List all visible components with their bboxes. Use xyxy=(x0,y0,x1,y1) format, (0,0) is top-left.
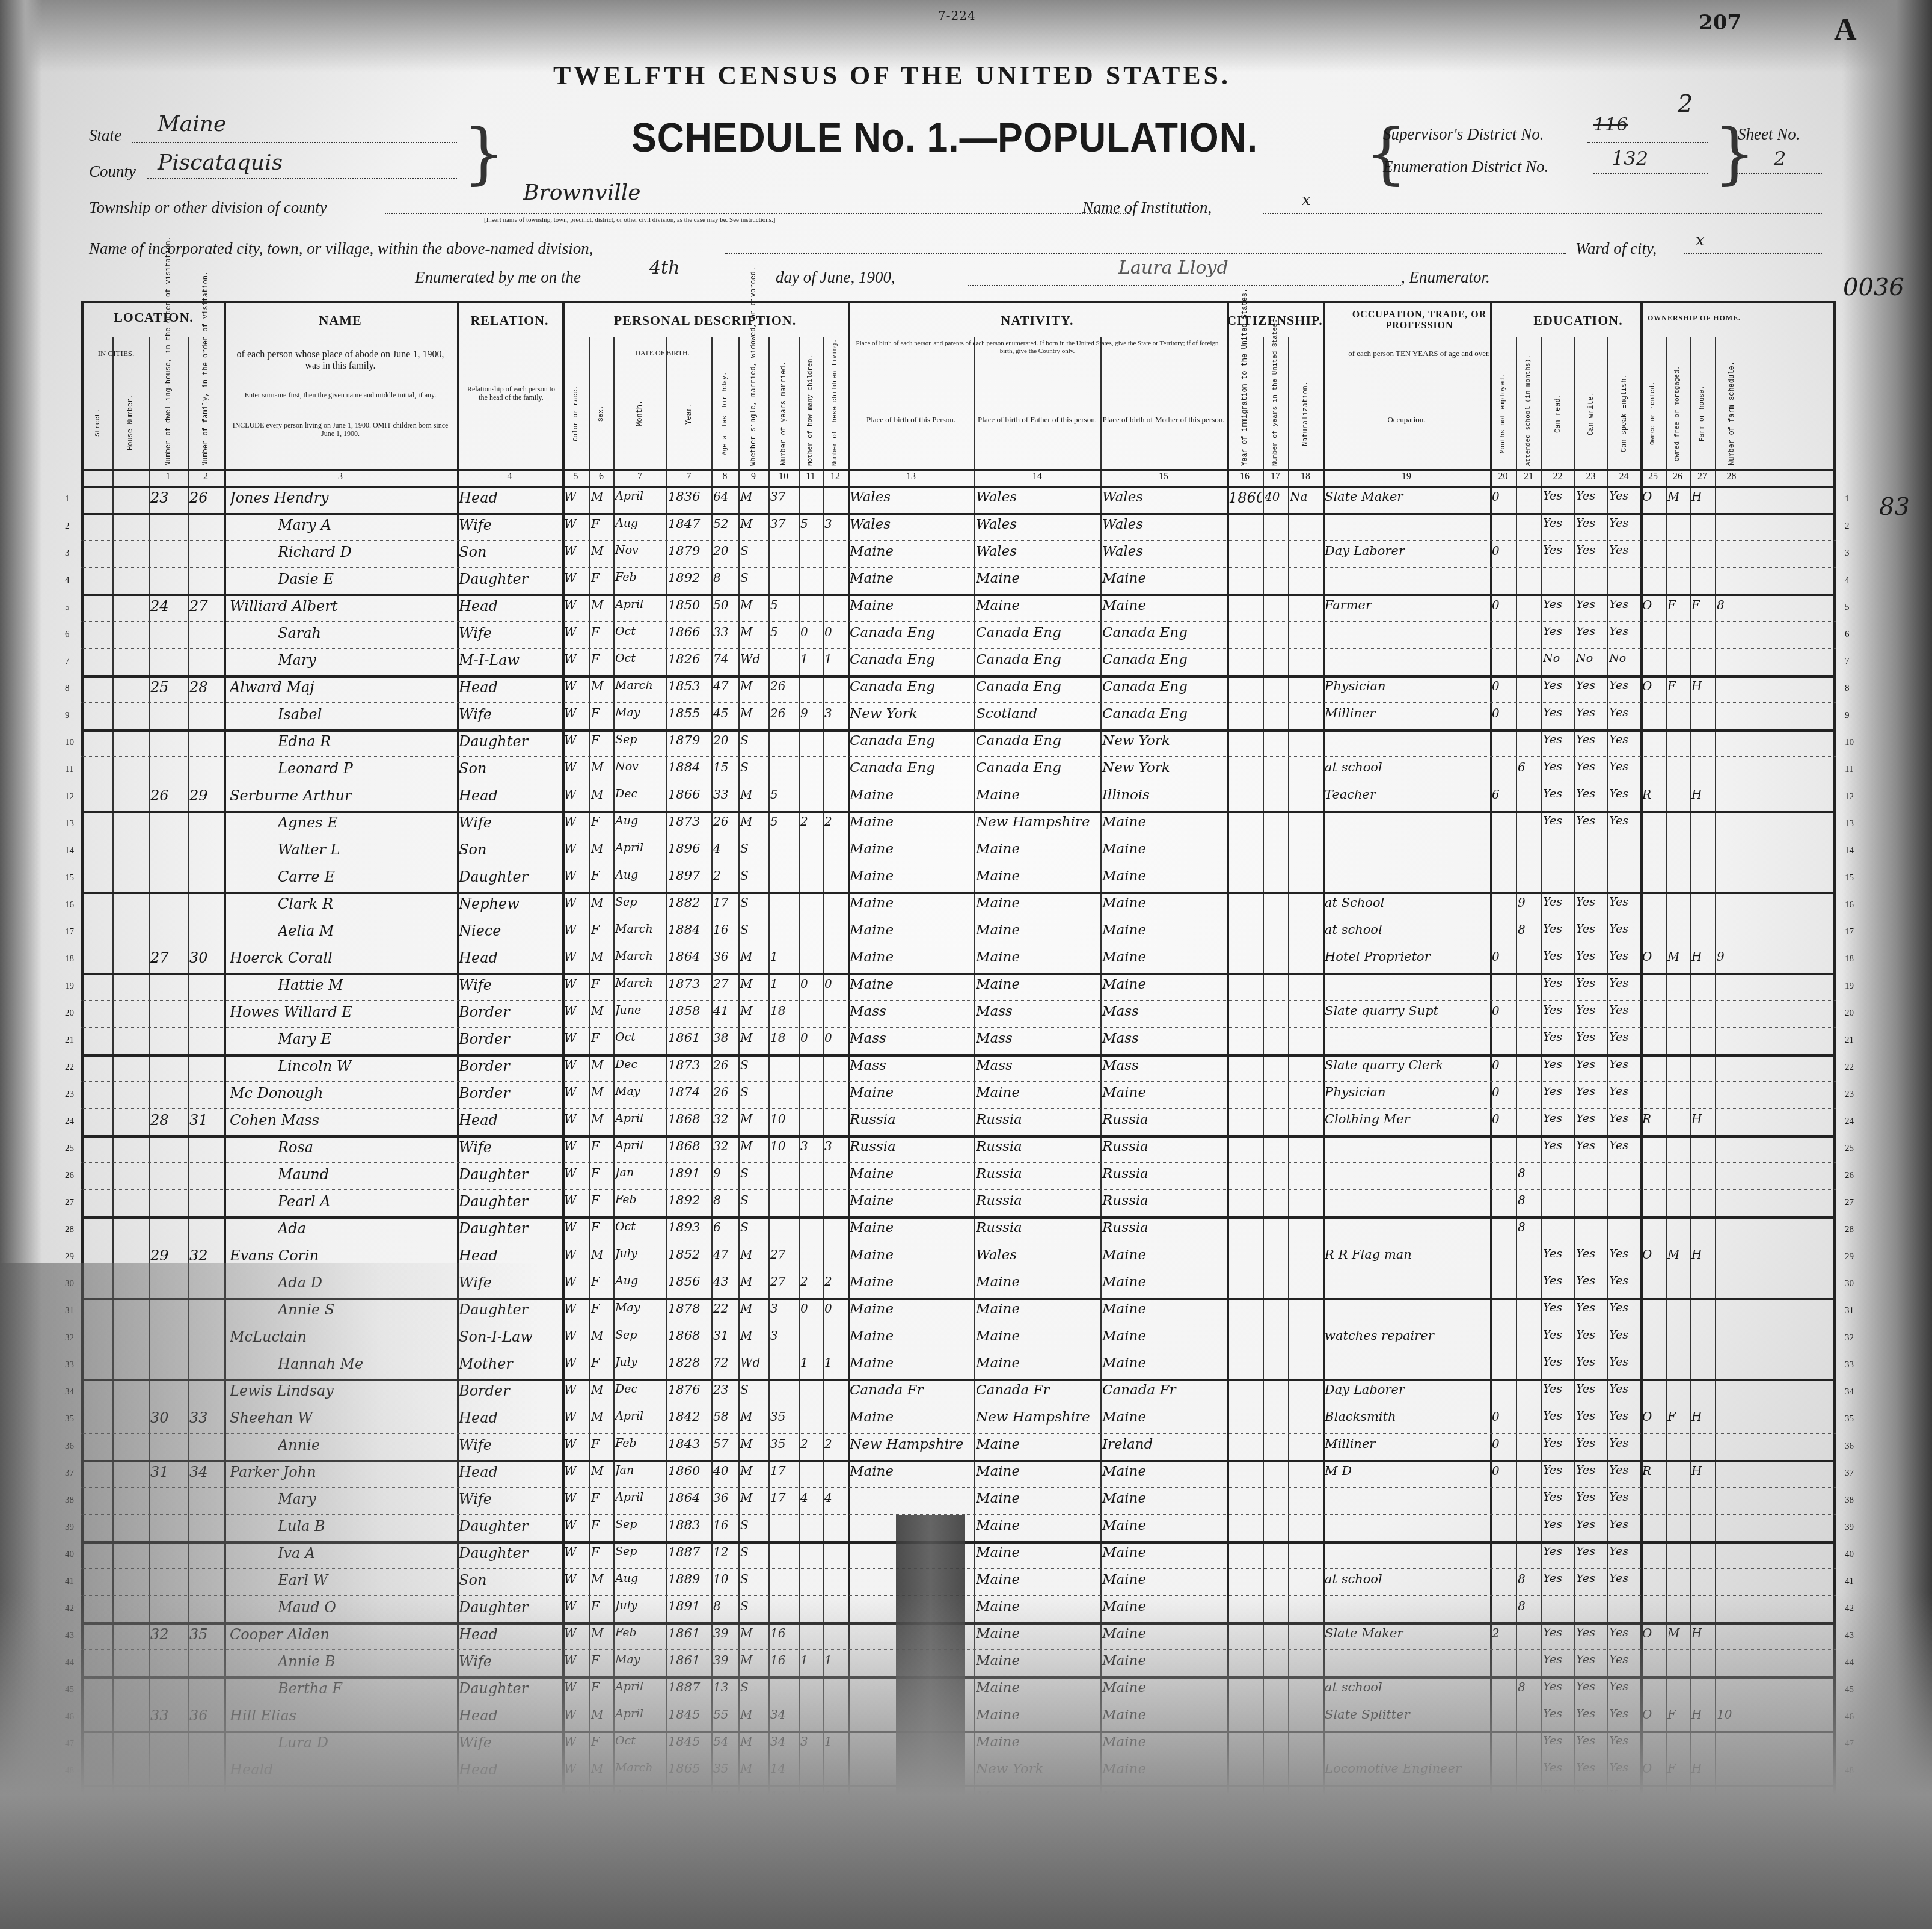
cell-read: Yes xyxy=(1543,1518,1573,1531)
row-divider xyxy=(81,811,1836,813)
row-divider xyxy=(81,919,1836,919)
cell-year: 1883 xyxy=(668,1518,710,1532)
cell-age: 6 xyxy=(713,1220,737,1234)
cell-mb: Canada Eng xyxy=(1102,706,1225,722)
cell-month: April xyxy=(615,841,665,854)
cell-fh: H xyxy=(1691,1247,1714,1262)
cell-year: 1878 xyxy=(668,1301,710,1316)
cell-occ: Physician xyxy=(1325,679,1489,693)
cell-read: Yes xyxy=(1543,1301,1573,1314)
cell-ms: M xyxy=(740,1328,767,1343)
cell-age: 26 xyxy=(713,814,737,829)
cell-year: 1828 xyxy=(668,1355,710,1370)
name-description: of each person whose place of abode on J… xyxy=(230,349,451,372)
line-number-right: 33 xyxy=(1845,1360,1854,1370)
cell-read: Yes xyxy=(1543,1004,1573,1017)
cell-mort: F xyxy=(1667,1409,1688,1424)
cell-sex: F xyxy=(591,1031,612,1045)
cell-pb: Maine xyxy=(850,868,973,884)
cell-ms: Wd xyxy=(740,652,767,666)
line-number-right: 14 xyxy=(1845,846,1854,856)
cell-mne: 0 xyxy=(1492,1004,1515,1018)
cell-ms: M xyxy=(740,1464,767,1478)
cell-read: Yes xyxy=(1543,544,1573,557)
cell-mc: 2 xyxy=(800,814,821,829)
cell-pb: Maine xyxy=(850,1355,973,1371)
cell-fb: Maine xyxy=(976,841,1099,857)
cell-pb: Maine xyxy=(850,1085,973,1100)
row-divider xyxy=(81,1162,1836,1163)
cell-fb: Maine xyxy=(976,1518,1099,1533)
cell-sex: M xyxy=(591,489,612,504)
column-label: Can write. xyxy=(1587,361,1595,466)
cell-mb: Wales xyxy=(1102,544,1225,559)
cell-pb: Maine xyxy=(850,1220,973,1236)
cell-ym: 37 xyxy=(770,489,797,504)
cell-write: Yes xyxy=(1576,517,1606,530)
cell-ym: 3 xyxy=(770,1301,797,1316)
cell-color: W xyxy=(564,1274,588,1289)
cell-mb: New York xyxy=(1102,760,1225,776)
cell-year: 1842 xyxy=(668,1409,710,1424)
row-divider xyxy=(81,1216,1836,1219)
in-cities-label: IN CITIES. xyxy=(84,349,149,358)
cell-ym: 10 xyxy=(770,1112,797,1126)
cell-read: Yes xyxy=(1543,517,1573,530)
cell-eng: Yes xyxy=(1609,760,1639,773)
cell-color: W xyxy=(564,1545,588,1559)
cell-occ: at school xyxy=(1325,922,1489,937)
cell-month: Aug xyxy=(615,868,665,882)
cell-year: 1868 xyxy=(668,1328,710,1343)
cell-fb: Wales xyxy=(976,1247,1099,1263)
cell-rel: Head xyxy=(459,489,561,506)
cell-sex: M xyxy=(591,1004,612,1018)
cell-ms: M xyxy=(740,1139,767,1153)
cell-read: Yes xyxy=(1543,1545,1573,1558)
cell-mne: 0 xyxy=(1492,1085,1515,1099)
cell-mb: Mass xyxy=(1102,1004,1225,1019)
cell-write: Yes xyxy=(1576,922,1606,936)
cell-ms: S xyxy=(740,1058,767,1072)
column-label-cell: Street. xyxy=(84,379,112,466)
cell-fb: Russia xyxy=(976,1139,1099,1155)
cell-mb: Russia xyxy=(1102,1112,1225,1127)
cell-dw: 25 xyxy=(150,679,186,696)
cell-ms: M xyxy=(740,517,767,531)
cell-eng: Yes xyxy=(1609,977,1639,990)
line-number-right: 27 xyxy=(1845,1198,1854,1208)
column-number: 28 xyxy=(1715,471,1748,482)
cell-month: July xyxy=(615,1355,665,1369)
cell-ms: M xyxy=(740,1031,767,1045)
cell-age: 2 xyxy=(713,868,737,883)
cell-name: Evans Corin xyxy=(230,1247,456,1264)
line-number: 12 xyxy=(65,792,74,802)
cell-month: Sep xyxy=(615,1545,665,1558)
cell-write: Yes xyxy=(1576,1355,1606,1369)
cell-rel: Head xyxy=(459,949,561,966)
cell-write: Yes xyxy=(1576,1274,1606,1287)
column-label: Can speak English. xyxy=(1620,361,1628,466)
cell-fh: H xyxy=(1691,949,1714,964)
cell-mc: 1 xyxy=(800,1355,821,1370)
cell-rel: Head xyxy=(459,1112,561,1129)
cell-eng: Yes xyxy=(1609,679,1639,692)
cell-month: July xyxy=(615,1247,665,1260)
row-divider xyxy=(81,1244,1836,1244)
nativity-header: NATIVITY. xyxy=(848,313,1227,328)
cell-rel: Wife xyxy=(459,706,561,723)
cell-mb: Maine xyxy=(1102,1247,1225,1263)
cell-month: March xyxy=(615,679,665,692)
column-label-cell: Farm or house. xyxy=(1690,361,1715,466)
cell-fb: Canada Eng xyxy=(976,760,1099,776)
cell-rel: Daughter xyxy=(459,571,561,587)
cell-cl: 1 xyxy=(824,652,847,666)
cell-sex: F xyxy=(591,1437,612,1451)
column-label: Year. xyxy=(685,361,693,466)
cell-eng: Yes xyxy=(1609,1464,1639,1477)
cell-age: 74 xyxy=(713,652,737,666)
cell-color: W xyxy=(564,922,588,937)
cell-sex: F xyxy=(591,571,612,585)
cell-sex: F xyxy=(591,652,612,666)
cell-nat: Na xyxy=(1290,489,1322,504)
township-line xyxy=(385,213,1130,214)
column-label: Month. xyxy=(636,361,644,466)
cell-eng: Yes xyxy=(1609,598,1639,611)
margin-note: 83 xyxy=(1879,493,1910,521)
row-divider xyxy=(81,702,1836,703)
enumerated-prefix: Enumerated by me on the xyxy=(415,268,581,287)
cell-read: Yes xyxy=(1543,760,1573,773)
cell-age: 31 xyxy=(713,1328,737,1343)
line-number-right: 15 xyxy=(1845,873,1854,883)
cell-ym: 35 xyxy=(770,1437,797,1451)
cell-ms: M xyxy=(740,598,767,612)
line-number-right: 24 xyxy=(1845,1117,1854,1127)
ward-line xyxy=(1684,253,1822,254)
cell-fb: Canada Eng xyxy=(976,625,1099,640)
cell-sex: F xyxy=(591,733,612,747)
cell-pb: Maine xyxy=(850,1328,973,1344)
cell-mb: Maine xyxy=(1102,571,1225,586)
cell-read: Yes xyxy=(1543,1382,1573,1396)
cell-sch: 8 xyxy=(1518,1193,1540,1207)
cell-write: Yes xyxy=(1576,1464,1606,1477)
cell-ms: M xyxy=(740,977,767,991)
cell-year: 1858 xyxy=(668,1004,710,1018)
cell-month: Sep xyxy=(615,1518,665,1531)
cell-year: 1856 xyxy=(668,1274,710,1289)
column-label: Occupation. xyxy=(1323,415,1490,425)
cell-ms: S xyxy=(740,544,767,558)
cell-ym: 5 xyxy=(770,625,797,639)
cell-pb: Maine xyxy=(850,1464,973,1479)
cell-fb: Canada Eng xyxy=(976,652,1099,667)
cell-month: Sep xyxy=(615,895,665,909)
cell-rel: Border xyxy=(459,1058,561,1075)
cell-color: W xyxy=(564,868,588,883)
cell-mb: Maine xyxy=(1102,1355,1225,1371)
supervisor-line xyxy=(1587,142,1708,143)
cell-color: W xyxy=(564,1409,588,1424)
cell-sch: 8 xyxy=(1518,1166,1540,1180)
column-label: Sex. xyxy=(598,361,605,466)
cell-occ: at School xyxy=(1325,895,1489,910)
cell-mne: 0 xyxy=(1492,598,1515,612)
cell-fb: Maine xyxy=(976,977,1099,992)
cell-sex: F xyxy=(591,922,612,937)
cell-color: W xyxy=(564,1004,588,1018)
line-number: 15 xyxy=(65,873,74,883)
row-divider xyxy=(81,946,1836,946)
page-letter: A xyxy=(1834,12,1857,48)
cell-year: 1836 xyxy=(668,489,710,504)
cell-mc: 9 xyxy=(800,706,821,720)
cell-mne: 0 xyxy=(1492,706,1515,720)
cell-pb: Mass xyxy=(850,1031,973,1046)
cell-name: Mary xyxy=(278,652,456,669)
line-number: 29 xyxy=(65,1252,74,1262)
line-number: 2 xyxy=(65,521,70,532)
row-divider xyxy=(81,1135,1836,1138)
column-label-cell: Number of farm schedule. xyxy=(1715,361,1748,466)
cell-sex: F xyxy=(591,517,612,531)
sheet-line xyxy=(1732,173,1822,174)
cell-eng: Yes xyxy=(1609,625,1639,638)
cell-month: April xyxy=(615,489,665,503)
cell-sex: M xyxy=(591,1464,612,1478)
line-number: 24 xyxy=(65,1117,74,1127)
line-number-right: 34 xyxy=(1845,1387,1854,1397)
cell-year: 1852 xyxy=(668,1247,710,1262)
line-number-right: 3 xyxy=(1845,548,1850,559)
column-label-cell: Can speak English. xyxy=(1607,361,1640,466)
cell-color: W xyxy=(564,760,588,774)
cell-eng: Yes xyxy=(1609,706,1639,719)
cell-month: March xyxy=(615,977,665,990)
cell-mort: M xyxy=(1667,949,1688,964)
cell-month: April xyxy=(615,1409,665,1423)
cell-rel: Daughter xyxy=(459,1166,561,1183)
cell-fb: Mass xyxy=(976,1031,1099,1046)
cell-month: Dec xyxy=(615,787,665,800)
column-label-cell: Color or race. xyxy=(562,361,589,466)
cell-age: 9 xyxy=(713,1166,737,1180)
cell-fh: H xyxy=(1691,1112,1714,1126)
cell-sex: M xyxy=(591,598,612,612)
cell-occ: watches repairer xyxy=(1325,1328,1489,1343)
cell-name: Pearl A xyxy=(278,1193,456,1210)
census-title: TWELFTH CENSUS OF THE UNITED STATES. xyxy=(553,60,1231,91)
cell-year: 1864 xyxy=(668,1491,710,1505)
cell-name: Cohen Mass xyxy=(230,1112,456,1129)
cell-rel: Wife xyxy=(459,977,561,993)
cell-year: 1864 xyxy=(668,949,710,964)
cell-pb: Maine xyxy=(850,977,973,992)
cell-write: Yes xyxy=(1576,1382,1606,1396)
cell-year: 1896 xyxy=(668,841,710,856)
column-number: 23 xyxy=(1574,471,1607,482)
cell-own: R xyxy=(1642,1112,1664,1126)
cell-mc: 2 xyxy=(800,1437,821,1451)
cell-rel: Wife xyxy=(459,517,561,533)
cell-read: Yes xyxy=(1543,814,1573,827)
page-number: 207 xyxy=(1699,11,1741,35)
cell-year: 1853 xyxy=(668,679,710,693)
cell-pb: Russia xyxy=(850,1139,973,1155)
cell-pb: Maine xyxy=(850,922,973,938)
line-number: 27 xyxy=(65,1198,74,1208)
column-label: Place of birth of this Person. xyxy=(848,415,974,425)
cell-write: Yes xyxy=(1576,760,1606,773)
cell-month: March xyxy=(615,922,665,936)
cell-cl: 2 xyxy=(824,1274,847,1289)
cell-ms: S xyxy=(740,1220,767,1234)
cell-name: Hoerck Corall xyxy=(230,949,456,966)
line-number: 21 xyxy=(65,1035,74,1046)
name-instruction-1: Enter surname first, then the given name… xyxy=(230,391,451,399)
cell-ym: 18 xyxy=(770,1004,797,1018)
cell-fb: Maine xyxy=(976,787,1099,803)
cell-read: Yes xyxy=(1543,895,1573,909)
cell-sex: M xyxy=(591,1058,612,1072)
scan-shadow-bottom xyxy=(0,1592,1932,1929)
cell-sch: 9 xyxy=(1518,895,1540,910)
cell-rel: Border xyxy=(459,1004,561,1020)
cell-read: Yes xyxy=(1543,1328,1573,1342)
column-label: Can read. xyxy=(1554,361,1562,466)
column-label-cell: Mother of how many children. xyxy=(799,361,823,466)
cell-age: 23 xyxy=(713,1382,737,1397)
cell-fh: H xyxy=(1691,787,1714,802)
cell-eng: Yes xyxy=(1609,733,1639,746)
cell-month: May xyxy=(615,1301,665,1314)
row-divider xyxy=(81,838,1836,838)
cell-mc: 4 xyxy=(800,1491,821,1505)
cell-year: 1892 xyxy=(668,571,710,585)
line-number: 4 xyxy=(65,575,70,586)
cell-rel: Son xyxy=(459,544,561,560)
cell-month: Aug xyxy=(615,814,665,827)
cell-month: Jan xyxy=(615,1464,665,1477)
institution-value: x xyxy=(1302,191,1311,209)
cell-year: 1891 xyxy=(668,1166,710,1180)
cell-sex: F xyxy=(591,1139,612,1153)
line-number: 7 xyxy=(65,657,70,667)
sheet-label: Sheet No. xyxy=(1738,125,1800,144)
ownership-header: OWNERSHIP OF HOME. xyxy=(1640,314,1748,323)
cell-color: W xyxy=(564,1166,588,1180)
cell-write: Yes xyxy=(1576,1085,1606,1098)
cell-name: Richard D xyxy=(278,544,456,560)
line-number-right: 31 xyxy=(1845,1306,1854,1316)
cell-year: 1868 xyxy=(668,1112,710,1126)
cell-ym: 5 xyxy=(770,598,797,612)
column-label-cell: Number of years married. xyxy=(768,361,799,466)
cell-rel: Border xyxy=(459,1085,561,1102)
cell-eng: Yes xyxy=(1609,1139,1639,1152)
cell-own: R xyxy=(1642,1464,1664,1478)
cell-own: O xyxy=(1642,489,1664,504)
cell-fb: Wales xyxy=(976,489,1099,505)
cell-pb: New Hampshire xyxy=(850,1437,973,1452)
cell-year: 1826 xyxy=(668,652,710,666)
cell-fb: Maine xyxy=(976,895,1099,911)
cell-fb: Maine xyxy=(976,1274,1099,1290)
enumerator-line xyxy=(968,285,1401,286)
cell-month: Feb xyxy=(615,1193,665,1206)
cell-sex: F xyxy=(591,814,612,829)
cell-mb: Maine xyxy=(1102,1518,1225,1533)
cell-age: 10 xyxy=(713,1572,737,1586)
cell-color: W xyxy=(564,517,588,531)
cell-pb: Mass xyxy=(850,1004,973,1019)
cell-eng: Yes xyxy=(1609,787,1639,800)
state-label: State xyxy=(89,126,121,145)
column-number: 22 xyxy=(1541,471,1574,482)
column-label-cell: Owned or rented. xyxy=(1640,361,1666,466)
cell-month: Aug xyxy=(615,1572,665,1585)
cell-pb: Maine xyxy=(850,1301,973,1317)
cell-year: 1893 xyxy=(668,1220,710,1234)
cell-ym: 1 xyxy=(770,977,797,991)
enumerated-suffix: day of June, 1900, xyxy=(776,268,895,287)
cell-color: W xyxy=(564,1058,588,1072)
cell-ms: S xyxy=(740,1518,767,1532)
cell-rel: Head xyxy=(459,1247,561,1264)
cell-mb: Canada Eng xyxy=(1102,625,1225,640)
cell-name: Serburne Arthur xyxy=(230,787,456,804)
cell-write: Yes xyxy=(1576,1004,1606,1017)
cell-color: W xyxy=(564,949,588,964)
line-number-right: 20 xyxy=(1845,1008,1854,1019)
cell-fb: Maine xyxy=(976,1085,1099,1100)
cell-name: Howes Willard E xyxy=(230,1004,456,1020)
cell-mb: Maine xyxy=(1102,814,1225,830)
cell-name: Williard Albert xyxy=(230,598,456,615)
cell-rel: Daughter xyxy=(459,868,561,885)
cell-name: Sarah xyxy=(278,625,456,642)
cell-fb: Maine xyxy=(976,922,1099,938)
cell-rel: Head xyxy=(459,598,561,615)
cell-cl: 0 xyxy=(824,977,847,991)
cell-color: W xyxy=(564,679,588,693)
cell-age: 47 xyxy=(713,679,737,693)
cell-month: Feb xyxy=(615,571,665,584)
cell-year: 1873 xyxy=(668,814,710,829)
cell-eng: Yes xyxy=(1609,922,1639,936)
cell-year: 1843 xyxy=(668,1437,710,1451)
cell-mb: Maine xyxy=(1102,977,1225,992)
cell-ms: M xyxy=(740,1491,767,1505)
cell-fb: Canada Eng xyxy=(976,679,1099,695)
column-label: Number of family, in the order of visita… xyxy=(201,379,210,466)
cell-pb: Maine xyxy=(850,814,973,830)
cell-write: Yes xyxy=(1576,1545,1606,1558)
nativity-description: Place of birth of each person and parent… xyxy=(854,340,1221,355)
cell-mort: F xyxy=(1667,598,1688,612)
cell-mb: Maine xyxy=(1102,895,1225,911)
cell-eng: Yes xyxy=(1609,814,1639,827)
row-divider xyxy=(81,648,1836,649)
cell-sch: 6 xyxy=(1518,760,1540,774)
institution-label: Name of Institution, xyxy=(1082,198,1212,217)
census-page: 7-224 TWELFTH CENSUS OF THE UNITED STATE… xyxy=(0,0,1932,1929)
cell-age: 32 xyxy=(713,1112,737,1126)
